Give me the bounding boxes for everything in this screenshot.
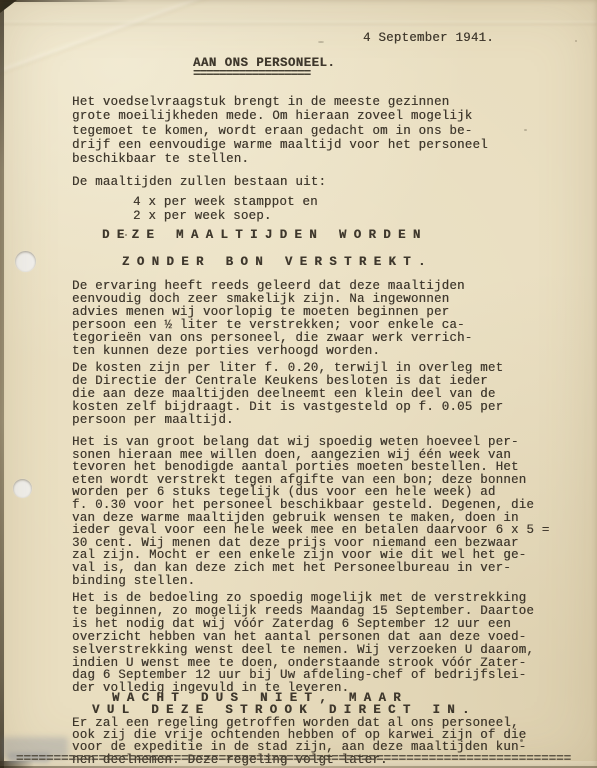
paper-crease-horizontal [0, 21, 597, 25]
paragraph-experience: De ervaring heeft reeds geleerd dat deze… [72, 280, 472, 358]
urge-line-fill-in: V U L D E Z E S T R O O K D I R E C T I … [92, 704, 469, 716]
paper-speck [575, 40, 577, 42]
paragraph-schedule: Het is de bedoeling zo spoedig mogelijk … [72, 592, 534, 695]
banner-line-meals-provided: D E Z E M A A L T I J D E N W O R D E N [102, 229, 420, 242]
paper-speck [524, 129, 527, 131]
tear-off-line: ========================================… [16, 753, 571, 765]
paragraph-intro: Het voedselvraagstuk brengt in de meeste… [72, 95, 488, 166]
punch-hole-top [15, 251, 36, 272]
document-page: 4 September 1941. AAN ONS PERSONEEL. ===… [0, 0, 597, 768]
scan-edge-top [0, 0, 130, 2]
punch-hole-bottom [13, 479, 32, 498]
title-underline: ================== [193, 67, 310, 81]
meals-heading: De maaltijden zullen bestaan uit: [72, 176, 326, 189]
scan-edge-left [0, 0, 4, 768]
paragraph-costs: De kosten zijn per liter f. 0.20, terwij… [72, 362, 503, 427]
meals-list: 4 x per week stamppot en 2 x per week so… [133, 196, 318, 223]
date-line: 4 September 1941. [363, 31, 494, 45]
banner-line-without-coupon: Z O N D E R B O N V E R S T R E K T . [122, 256, 425, 269]
paper-speck [318, 41, 324, 43]
paragraph-importance: Het is van groot belang dat wij spoedig … [72, 436, 549, 587]
